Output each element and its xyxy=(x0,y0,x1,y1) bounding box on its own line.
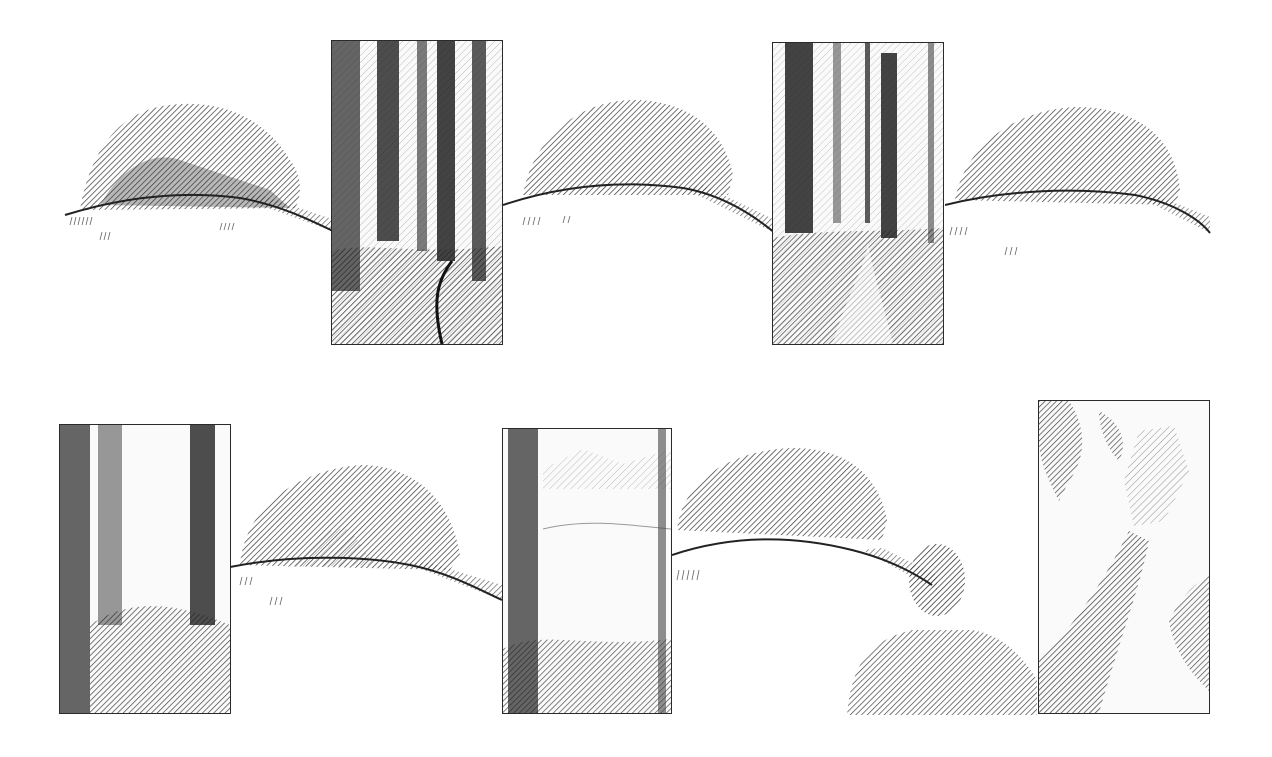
reaching-arm-panel xyxy=(1038,400,1210,714)
mound-vignette xyxy=(503,85,775,245)
mound-vignette xyxy=(230,455,502,615)
trunks-undergrowth-panel xyxy=(59,424,231,714)
ivy-trunk-valley-panel xyxy=(502,428,672,714)
mound-vignette xyxy=(60,90,335,270)
forest-panel xyxy=(331,40,503,345)
mound-vignette xyxy=(945,95,1215,265)
forest-path-panel xyxy=(772,42,944,345)
man-viewing-mound-vignette xyxy=(672,440,1040,715)
